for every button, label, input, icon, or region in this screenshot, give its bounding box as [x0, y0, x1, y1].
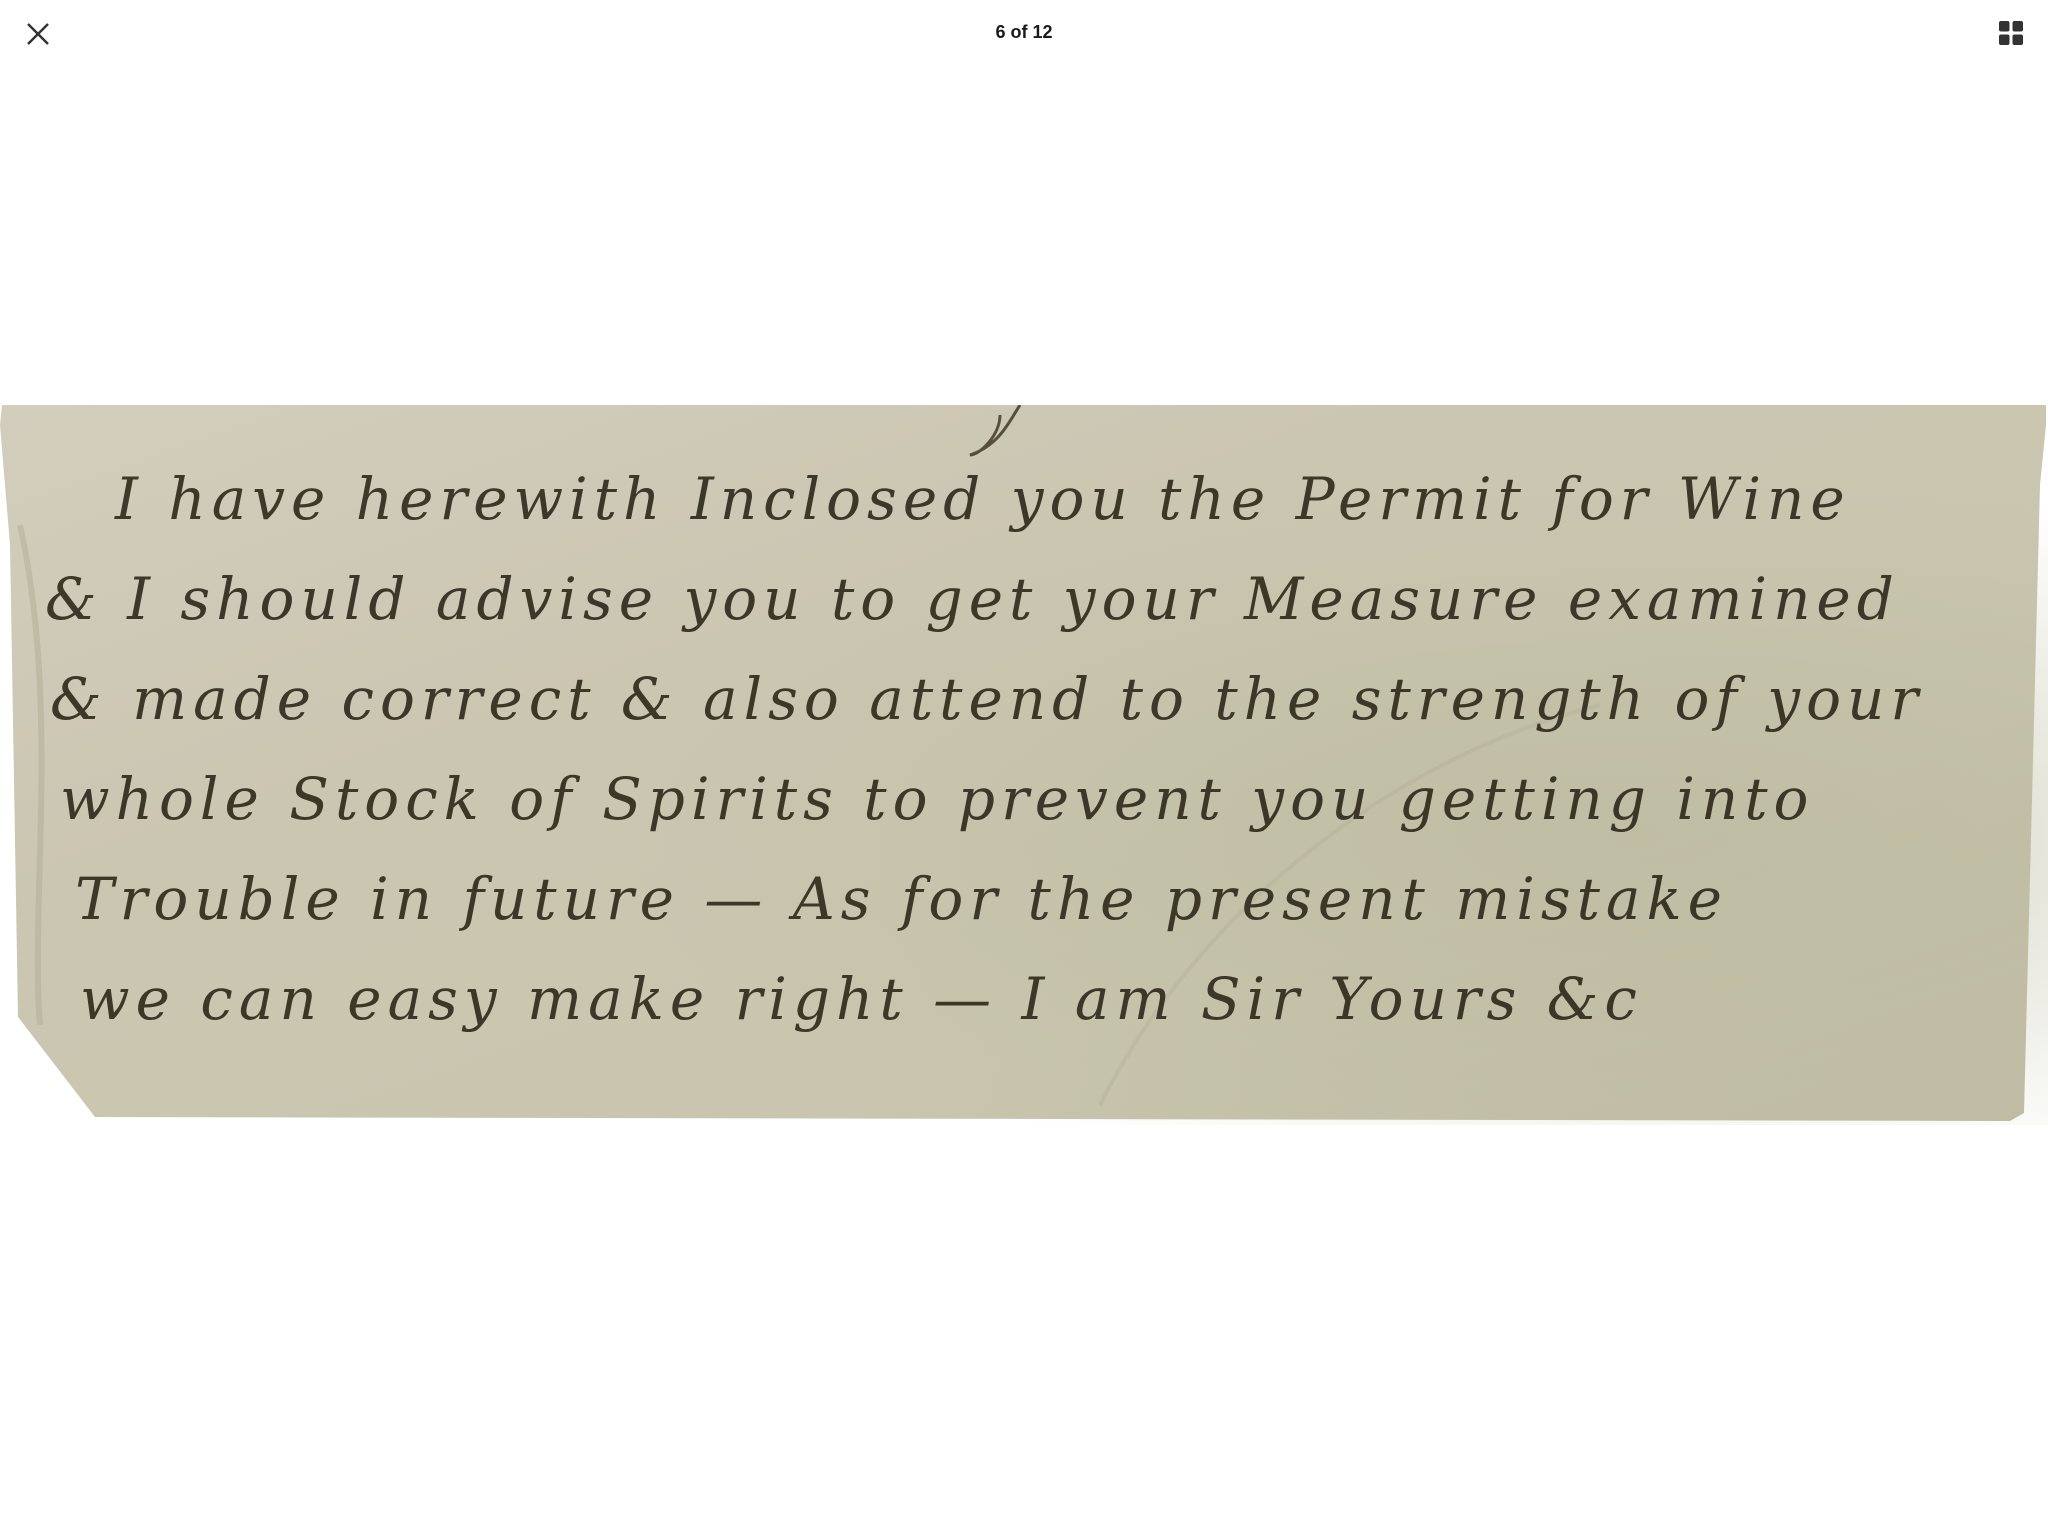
image-counter: 6 of 12: [0, 22, 2048, 43]
letter-line: whole Stock of Spirits to prevent you ge…: [60, 765, 1814, 833]
letter-line: & I should advise you to get your Measur…: [45, 565, 1900, 633]
letter-line: we can easy make right — I am Sir Yours …: [80, 965, 1643, 1033]
image-stage[interactable]: I have herewith Inclosed you the Permit …: [0, 405, 2048, 1125]
letter-line: I have herewith Inclosed you the Permit …: [115, 465, 1851, 533]
handwritten-text: I have herewith Inclosed you the Permit …: [0, 405, 2048, 1125]
viewer-toolbar: 6 of 12: [0, 0, 2048, 66]
letter-line: & made correct & also attend to the stre…: [50, 665, 1924, 733]
letter-line: Trouble in future — As for the present m…: [75, 865, 1728, 933]
grid-view-icon: [1998, 20, 2024, 46]
grid-view-button[interactable]: [1998, 20, 2024, 46]
